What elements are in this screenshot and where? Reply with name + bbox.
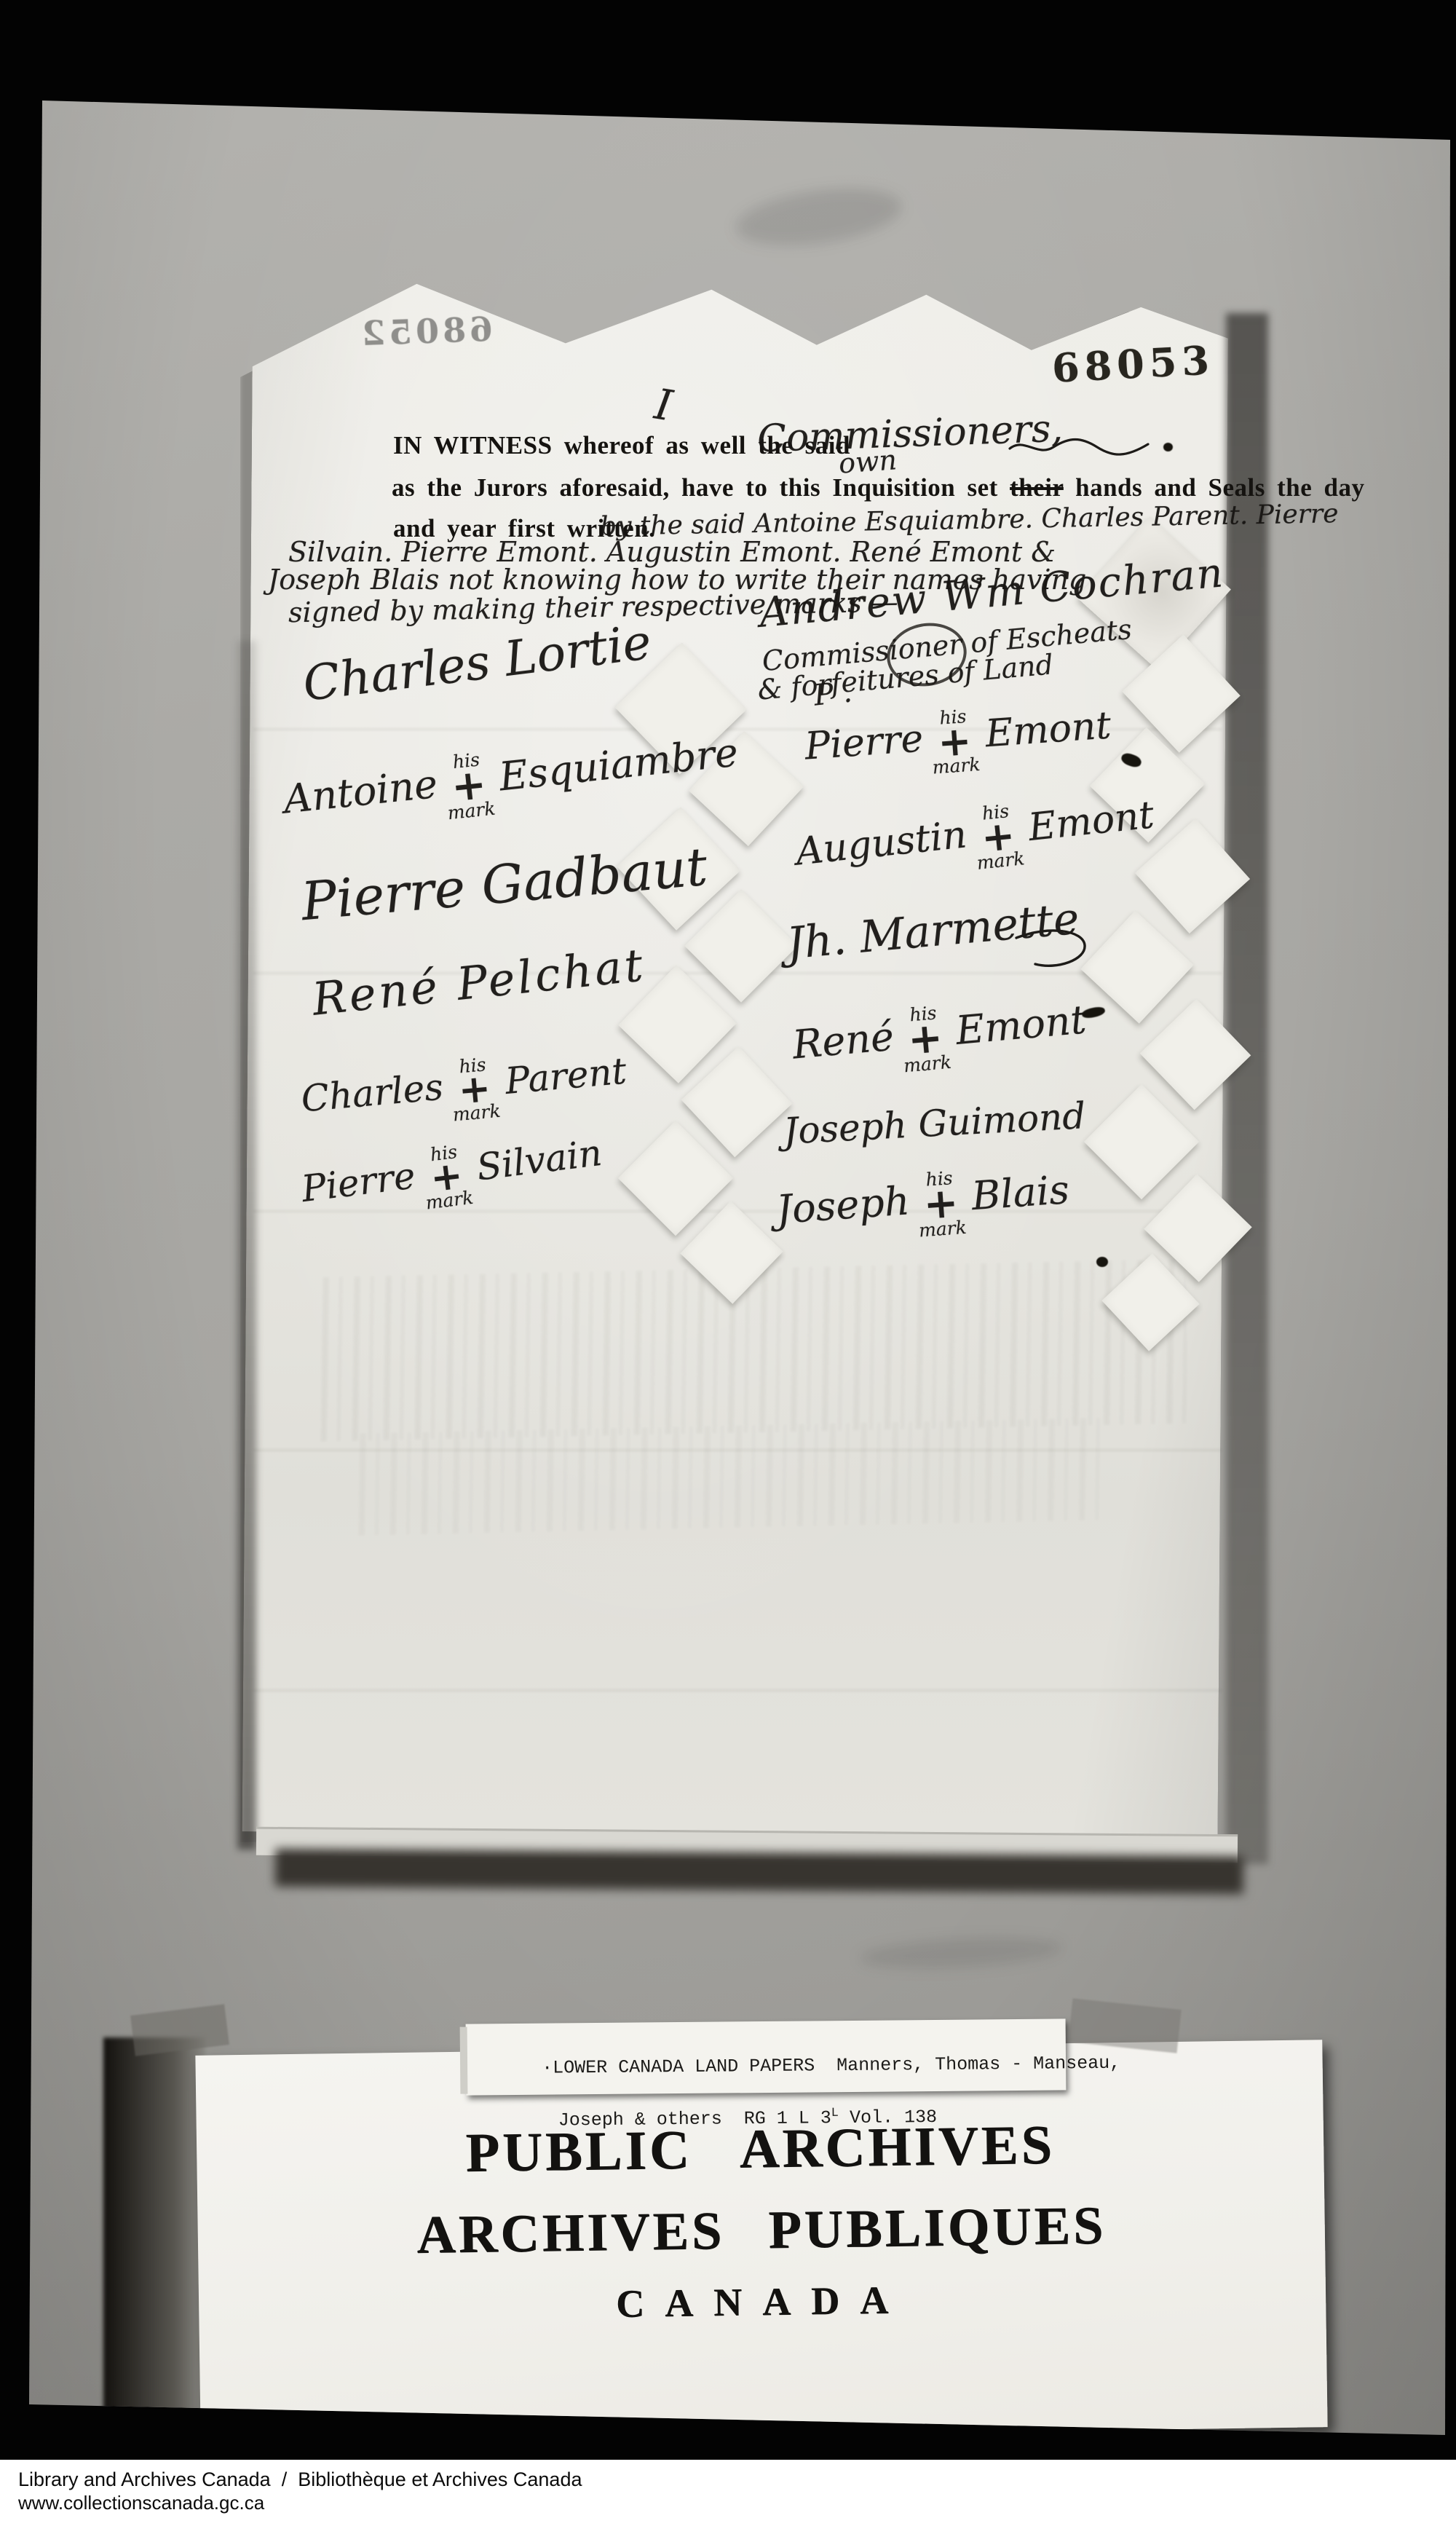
signature-mark-charles-parent: Charleshis+markParent xyxy=(298,1041,629,1129)
mark-first-name: Antoine xyxy=(281,761,439,823)
mark-last-name: Blais xyxy=(970,1167,1071,1219)
inserted-word: own xyxy=(838,443,898,479)
insertion-mark: I xyxy=(652,379,676,431)
his-mark-cross: his+mark xyxy=(898,1006,951,1073)
his-mark-cross: his+mark xyxy=(442,752,496,820)
his-mark-cross: his+mark xyxy=(915,1171,968,1237)
his-mark-cross: his+mark xyxy=(419,1144,474,1210)
mark-last-name: Emont xyxy=(954,996,1088,1053)
mark-last-name: Emont xyxy=(984,703,1112,756)
mark-last-name: Esquiambre xyxy=(497,729,740,800)
public-archives-card: PUBLIC ARCHIVES ARCHIVES PUBLIQUES CANAD… xyxy=(195,2040,1327,2443)
pen-flourish xyxy=(1008,434,1150,459)
mark-first-name: René xyxy=(791,1014,895,1068)
his-mark-cross: his+mark xyxy=(971,803,1025,870)
signature-mark-joseph-blais: Josephhis+markBlais xyxy=(774,1158,1071,1242)
marmette-flourish xyxy=(1013,923,1093,974)
ink-dot xyxy=(1163,443,1173,451)
mark-first-name: Pierre xyxy=(803,717,925,768)
mark-first-name: Joseph xyxy=(775,1177,911,1233)
mark-last-name: Emont xyxy=(1026,793,1156,850)
witness-printed-line2: as the Jurors aforesaid, have to this In… xyxy=(392,473,1365,502)
page-number-stamp: 68053 xyxy=(1051,336,1215,392)
card-line-archives-publiques: ARCHIVES PUBLIQUES xyxy=(416,2195,1107,2266)
footer-url: www.collectionscanada.gc.ca xyxy=(18,2492,264,2514)
scan-background: 68052 68053 I IN WITNESS whereof as well… xyxy=(0,0,1456,2526)
mark-first-name: Augustin xyxy=(794,813,969,874)
signature-mark-augustin-emont: Augustinhis+markEmont xyxy=(793,784,1157,883)
mark-first-name: Charles xyxy=(299,1065,445,1120)
signature-charles-lortie: Charles Lortie xyxy=(300,614,654,712)
footer-institution: Library and Archives Canada / Bibliothèq… xyxy=(18,2468,582,2491)
card-side-shadow xyxy=(103,2037,205,2431)
mark-last-name: Silvain xyxy=(475,1132,604,1189)
his-mark-cross: his+mark xyxy=(448,1057,502,1122)
signature-mark-pierre-silvain: Pierrehis+markSilvain xyxy=(298,1122,605,1219)
ink-blot xyxy=(1096,1257,1108,1267)
signature-mark-antoine-esquiambre: Antoinehis+markEsquiambre xyxy=(280,720,741,831)
signature-pre-flourish: P . xyxy=(812,675,854,712)
footer-strip: Library and Archives Canada / Bibliothèq… xyxy=(0,2460,1456,2526)
mark-last-name: Parent xyxy=(503,1049,628,1102)
card-line-canada: CANADA xyxy=(616,2277,909,2326)
mark-first-name: Pierre xyxy=(299,1154,418,1210)
label-line1: LOWER CANADA LAND PAPERS Manners, Thomas… xyxy=(553,2053,1120,2079)
signature-pierre-gadbaut: Pierre Gadbaut xyxy=(298,836,709,932)
ink-blot xyxy=(1120,751,1143,770)
typed-reference-label: ·LOWER CANADA LAND PAPERS Manners, Thoma… xyxy=(466,2018,1067,2095)
backing-board: 68052 68053 I IN WITNESS whereof as well… xyxy=(0,0,1456,2526)
label-bullet: · xyxy=(542,2058,553,2079)
label-line2: Joseph & others RG 1 L 3L Vol. 138 xyxy=(542,2107,938,2131)
signature-mark-ren-emont: Renéhis+markEmont xyxy=(790,988,1089,1077)
mirrored-number-offset: 68052 xyxy=(357,309,494,353)
pencil-smudge xyxy=(1135,84,1290,127)
struck-word: their xyxy=(1010,473,1064,502)
signature-ren-pelchat: René Pelchat xyxy=(309,938,648,1026)
signature-joseph-guimond: Joseph Guimond xyxy=(783,1094,1087,1153)
his-mark-cross: his+mark xyxy=(929,709,981,775)
